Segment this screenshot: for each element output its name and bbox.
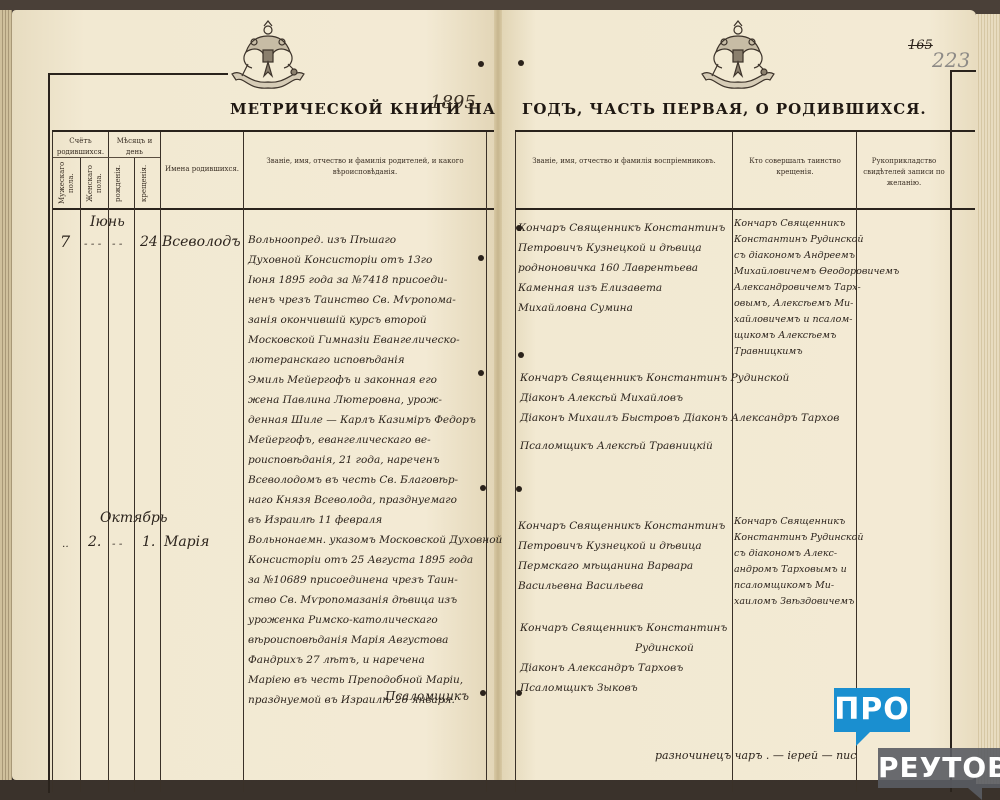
entry-born-day: - - [112, 234, 122, 254]
col-line [160, 132, 161, 792]
header-officiant: Кто совершалъ таинство крещенія. [736, 156, 854, 178]
col-line [243, 132, 244, 792]
header-top-rule-right [515, 130, 975, 132]
header-born: рожденія. [114, 162, 123, 204]
col-line [134, 158, 135, 792]
text-line: лютеранскаго исповѣданія [248, 350, 476, 370]
text-line: псаломщикомъ Ми- [734, 578, 863, 594]
text-line: Васильевна Васильева [518, 576, 725, 596]
text-line: съ діакономъ Андреемъ [734, 248, 899, 264]
text-line: Іюня 1895 года за №7418 присоеди- [248, 270, 476, 290]
text-line: хаиломъ Звѣздовичемъ [734, 594, 863, 610]
header-male: Мужескаго пола. [58, 162, 76, 204]
entry-parents-text: Вольноопред. изъ Пѣшаго Духовной Консист… [248, 230, 476, 530]
binding-hole [518, 60, 524, 66]
signature-line: Діаконъ Александръ Тарховъ [520, 658, 727, 678]
text-line: Московской Гимназіи Евангелическо- [248, 330, 476, 350]
right-page-edges [976, 14, 1000, 784]
entry-male-number: 7 [60, 232, 70, 252]
footer-handwritten-note: разночинецъ чаръ . — іерей — пис [655, 746, 856, 766]
text-line: денная Шиле — Карлъ Казиміръ Федоръ [248, 410, 476, 430]
header-count: Счётъ родившихся. [53, 136, 108, 158]
text-line: Травницкимъ [734, 344, 899, 360]
entry-male-number: .. [62, 534, 69, 554]
col-line [52, 132, 53, 792]
signature-line: Кончаръ Священникъ Константинъ [520, 618, 727, 638]
signature-line: Рудинской [520, 638, 727, 658]
entry-witness-signatures: Кончаръ Священникъ Константинъ Рудинской… [520, 618, 727, 698]
entry-witness-signatures: Кончаръ Священникъ Константинъ Рудинской… [520, 368, 839, 456]
text-line: вѣроисповѣданія Марія Августова [248, 630, 502, 650]
text-line: Консисторіи отъ 25 Августа 1895 года [248, 550, 502, 570]
signature-line: Діаконъ Михаилъ Быстровъ Діаконъ Алексан… [520, 408, 839, 428]
entry-baptized-day: 1. [142, 532, 155, 552]
text-line: Михайловна Сумина [518, 298, 725, 318]
folio-number-new: 223 [932, 48, 970, 72]
entry-officiant-text: Кончаръ Священникъ Константинъ Рудинской… [734, 216, 899, 360]
header-baptized: крещенія. [140, 162, 149, 204]
text-line: андромъ Тарховымъ и [734, 562, 863, 578]
text-line: Вольнонаемн. указомъ Московской Духовной [248, 530, 502, 550]
register-year-handwritten: 1895 [430, 92, 476, 113]
double-headed-eagle-crest-icon [228, 18, 308, 98]
col-line [80, 158, 81, 792]
header-names: Имена родившихся. [162, 164, 242, 175]
text-line: Пермскаго мѣщанина Варвара [518, 556, 725, 576]
binding-hole [478, 370, 484, 376]
entry-month: Іюнь [90, 212, 125, 232]
col-line [732, 132, 733, 792]
text-line: ство Св. Мѵропомазанія дѣвица изъ [248, 590, 502, 610]
signature-line: Діаконъ Алексѣй Михайловъ [520, 388, 839, 408]
text-line: Петровичъ Кузнецкой и дѣвица [518, 238, 725, 258]
text-line: Петровичъ Кузнецкой и дѣвица [518, 536, 725, 556]
text-line: роисповѣданія, 21 года, нареченъ [248, 450, 476, 470]
text-line: Духовной Консисторіи отъ 13го [248, 250, 476, 270]
header-signatures: Рукоприкладство свидѣтелей записи по жел… [858, 156, 950, 189]
header-female: Женскаго пола. [86, 162, 104, 204]
binding-hole [518, 352, 524, 358]
entry-month: Октябрь [100, 508, 168, 528]
header-bottom-rule-right [515, 208, 975, 210]
text-line: Вольноопред. изъ Пѣшаго [248, 230, 476, 250]
binding-hole [516, 690, 522, 696]
binding-hole [480, 690, 486, 696]
text-line: Константинъ Рудинской [734, 232, 899, 248]
signature-line: Псаломщикъ Алексѣй Травницкій [520, 436, 839, 456]
entry-parents-text: Вольнонаемн. указомъ Московской Духовной… [248, 530, 502, 710]
header-godparents: Званіе, имя, отчество и фамилія воспріем… [520, 156, 728, 167]
entry-officiant-text: Кончаръ Священникъ Константинъ Рудинской… [734, 514, 863, 610]
table-top-rule-right [950, 70, 976, 72]
table-right-border [950, 72, 952, 792]
header-top-rule-left [52, 130, 494, 132]
header-month-day: Мѣсяцъ и день [109, 136, 160, 158]
entry-godparents-text: Кончаръ Священникъ Константинъ Петровичъ… [518, 218, 725, 318]
text-line: занія окончившій курсъ второй [248, 310, 476, 330]
text-line: Эмиль Мейергофъ и законная его [248, 370, 476, 390]
text-line: родноновичка 160 Лаврентьева [518, 258, 725, 278]
text-line: Фандрихъ 27 лѣтъ, и наречена [248, 650, 502, 670]
register-title-right: ГОДЪ, ЧАСТЬ ПЕРВАЯ, О РОДИВШИХСЯ. [522, 100, 927, 118]
text-line: Константинъ Рудинской [734, 530, 863, 546]
text-line: за №10689 присоединена чрезъ Таин- [248, 570, 502, 590]
text-line: съ діакономъ Алекс- [734, 546, 863, 562]
logo-pro-label: ПРО [834, 688, 910, 732]
text-line: въ Израилѣ 11 февраля [248, 510, 476, 530]
binding-hole [516, 225, 522, 231]
text-line: уроженка Римско-католическаго [248, 610, 502, 630]
table-left-border [48, 73, 50, 793]
entry-born-day: - - [112, 534, 122, 554]
speech-bubble-tail-icon [856, 732, 870, 746]
entry-parents-signature: Псаломщикъ [385, 686, 469, 706]
text-line: жена Павлина Лютеровна, урож- [248, 390, 476, 410]
folio-number-old: 165 [908, 38, 933, 53]
text-line: Кончаръ Священникъ Константинъ [518, 516, 725, 536]
binding-hole [478, 61, 484, 67]
text-line: хайловичемъ и псалом- [734, 312, 899, 328]
header-parents: Званіе, имя, отчество и фамилія родителе… [248, 156, 482, 178]
entry-child-name: Всеволодъ [162, 232, 241, 252]
entry-godparents-text: Кончаръ Священникъ Константинъ Петровичъ… [518, 516, 725, 596]
entry-female-number: - - - [84, 234, 101, 254]
entry-baptized-day: 24 [140, 232, 158, 252]
signature-line: Кончаръ Священникъ Константинъ Рудинской [520, 368, 839, 388]
text-line: щикомъ Алексѣемъ [734, 328, 899, 344]
text-line: наго Князя Всеволода, празднуемаго [248, 490, 476, 510]
text-line: овымъ, Алексѣемъ Ми- [734, 296, 899, 312]
entry-child-name: Марія [164, 532, 209, 552]
speech-bubble-tail-icon [968, 788, 982, 800]
signature-line: Псаломщикъ Зыковъ [520, 678, 727, 698]
binding-hole [516, 486, 522, 492]
binding-hole [478, 255, 484, 261]
header-bottom-rule-left [52, 208, 494, 210]
table-top-rule-left [48, 73, 228, 75]
text-line: Кончаръ Священникъ [734, 216, 899, 232]
binding-hole [480, 485, 486, 491]
text-line: Всеволодомъ въ честь Св. Благовѣр- [248, 470, 476, 490]
left-page-edges [0, 10, 12, 780]
text-line: Каменная изъ Елизавета [518, 278, 725, 298]
text-line: Александровичемъ Тарх- [734, 280, 899, 296]
entry-female-number: 2. [88, 532, 101, 552]
logo-reutov-label: РЕУТОВ [878, 748, 1000, 788]
double-headed-eagle-crest-icon [698, 18, 778, 98]
text-line: Кончаръ Священникъ [734, 514, 863, 530]
text-line: Кончаръ Священникъ Константинъ [518, 218, 725, 238]
text-line: Михайловичемъ Ѳеодоровичемъ [734, 264, 899, 280]
text-line: ненъ чрезъ Таинство Св. Мѵропома- [248, 290, 476, 310]
text-line: Мейергофъ, евангелическаго ве- [248, 430, 476, 450]
